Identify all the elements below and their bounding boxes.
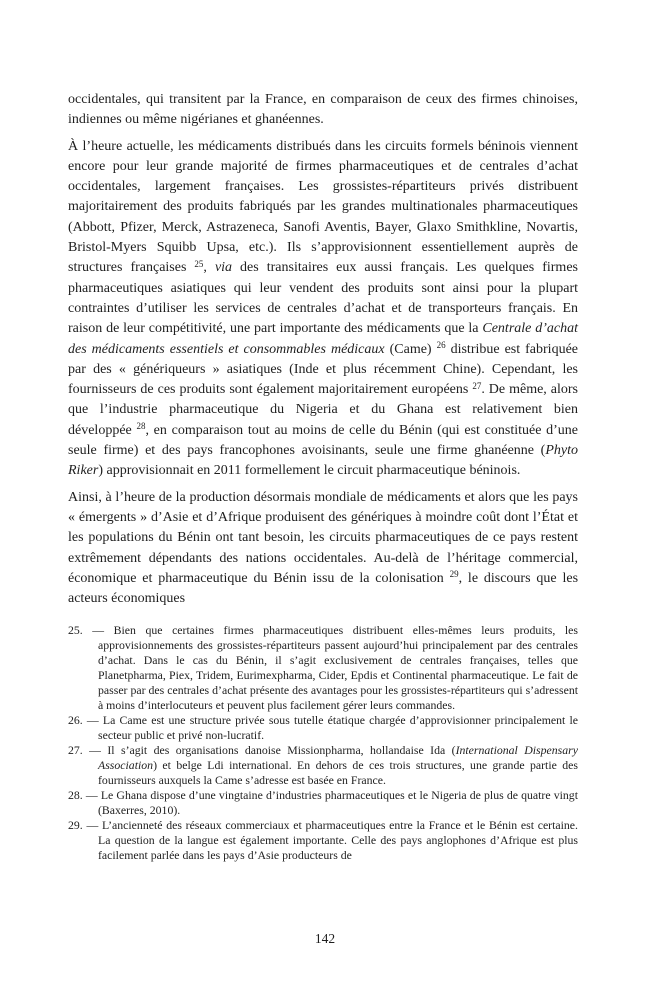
footnote: 29. — L’ancienneté des réseaux commercia… — [68, 818, 578, 863]
footnote: 27. — Il s’agit des organisations danois… — [68, 743, 578, 788]
footnote-ref: 28 — [136, 421, 145, 431]
text-run: — La Came est une structure privée sous … — [83, 713, 578, 742]
text-run: occidentales, qui transitent par la Fran… — [68, 92, 578, 127]
footnotes-section: 25. — Bien que certaines firmes pharmace… — [68, 623, 578, 863]
footnote-ref: 29 — [450, 569, 459, 579]
page-number: 142 — [0, 931, 650, 947]
page-body: occidentales, qui transitent par la Fran… — [68, 90, 578, 609]
text-run: À l’heure actuelle, les médicaments dist… — [68, 139, 578, 276]
footnote-number: 27. — [68, 743, 83, 757]
text-run: — Le Ghana dispose d’une vingtaine d’ind… — [83, 788, 578, 817]
footnote-number: 28. — [68, 788, 83, 802]
text-run: ) approvisionnait en 2011 formellement l… — [98, 463, 520, 478]
footnote-ref: 25 — [194, 259, 203, 269]
footnote: 26. — La Came est une structure privée s… — [68, 713, 578, 743]
body-paragraph: occidentales, qui transitent par la Fran… — [68, 90, 578, 131]
text-run: — L’ancienneté des réseaux commerciaux e… — [83, 818, 578, 862]
footnote-number: 29. — [68, 818, 83, 832]
footnote: 25. — Bien que certaines firmes pharmace… — [68, 623, 578, 713]
footnote-number: 26. — [68, 713, 83, 727]
text-run: , — [203, 260, 215, 275]
footnote-ref: 27 — [472, 381, 481, 391]
body-paragraph: À l’heure actuelle, les médicaments dist… — [68, 137, 578, 482]
footnote-ref: 26 — [437, 340, 446, 350]
text-run: — Bien que certaines firmes pharmaceutiq… — [83, 623, 578, 712]
text-run: — Il s’agit des organisations danoise Mi… — [83, 743, 456, 757]
footnote-number: 25. — [68, 623, 83, 637]
footnote: 28. — Le Ghana dispose d’une vingtaine d… — [68, 788, 578, 818]
text-run: (Came) — [385, 342, 437, 357]
body-paragraph: Ainsi, à l’heure de la production désorm… — [68, 488, 578, 610]
italic-run: via — [215, 260, 232, 275]
text-run: ) et belge Ldi international. En dehors … — [98, 758, 578, 787]
document-page: occidentales, qui transitent par la Fran… — [0, 0, 650, 1007]
